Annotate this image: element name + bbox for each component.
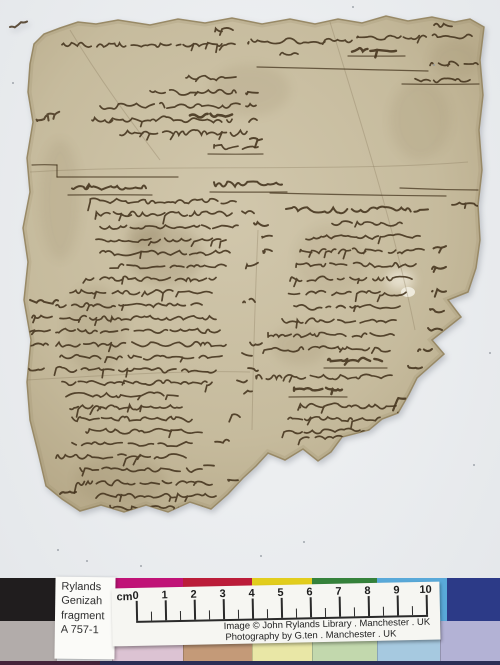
label-shelfmark: A 757-1 xyxy=(61,623,115,638)
swatch-navy-blue xyxy=(447,578,500,621)
label-line: Genizah xyxy=(61,594,115,609)
shelfmark-label: Rylands Genizah fragment A 757-1 xyxy=(54,577,115,660)
label-line: Rylands xyxy=(61,580,115,595)
colorbar-bottom-edge-left xyxy=(0,661,100,665)
swatch-grey xyxy=(0,621,57,665)
colorbar-bottom-edge-right xyxy=(100,661,500,665)
scale-ruler-card: cm 0 1 2 3 4 5 6 7 8 9 10 Image © John R… xyxy=(111,582,440,647)
photograph: Rylands Genizah fragment A 757-1 cm 0 1 … xyxy=(0,0,500,665)
swatch-black xyxy=(0,578,57,621)
swatch-lavender xyxy=(440,621,500,665)
manuscript-fragment xyxy=(0,0,500,578)
label-line: fragment xyxy=(61,608,115,623)
